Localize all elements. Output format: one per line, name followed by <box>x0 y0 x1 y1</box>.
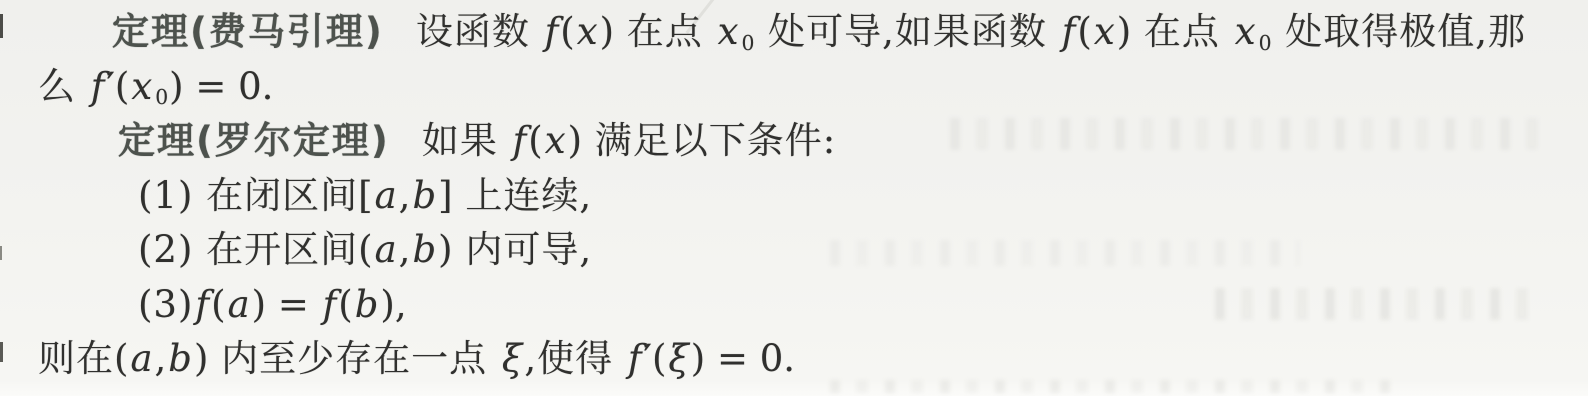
text-segment: ) <box>438 228 452 271</box>
text-segment: ) <box>380 283 394 326</box>
text-segment: b <box>410 228 438 271</box>
text-segment: , <box>395 283 408 326</box>
text-segment: (2) 在开区间 <box>138 228 358 271</box>
text-segment: , <box>155 337 167 380</box>
text-segment: b <box>410 174 438 217</box>
text-line-rolle-heading: 定理(罗尔定理)如果 f(x) 满足以下条件: <box>0 114 1588 169</box>
text-segment: x <box>129 65 154 108</box>
text-segment: ξ <box>666 337 690 380</box>
text-segment: 上连续, <box>453 174 593 217</box>
text-segment: ) = 0. <box>169 65 273 108</box>
text-segment: ) <box>194 337 208 380</box>
text-segment: ( <box>652 337 666 380</box>
text-segment: b <box>166 337 194 380</box>
text-segment: ( <box>211 283 225 326</box>
text-segment: 处可导,如果函数 <box>755 10 1059 53</box>
text-segment: a <box>373 174 399 217</box>
text-segment: 0 <box>741 31 754 55</box>
text-segment: ( <box>115 65 129 108</box>
text-segment: ) <box>600 10 614 53</box>
text-segment: ξ <box>500 337 524 380</box>
text-segment: 内可导, <box>453 228 593 271</box>
text-segment: 0 <box>155 85 168 109</box>
text-segment: a <box>226 283 252 326</box>
text-segment: ,使得 <box>524 337 626 380</box>
text-segment: ( <box>358 228 372 271</box>
text-segment: a <box>128 337 154 380</box>
text-segment: , <box>399 174 411 217</box>
text-segment: 在点 <box>1131 10 1233 53</box>
text-segment: 则在 <box>38 337 114 380</box>
scanned-page: 定理(费马引理)设函数 f(x) 在点 x0 处可导,如果函数 f(x) 在点 … <box>0 0 1588 396</box>
text-segment: ) = 0. <box>691 337 795 380</box>
text-segment: x <box>575 10 600 53</box>
text-segment: 定理(罗尔定理) <box>118 119 390 162</box>
text-segment: 满足以下条件: <box>582 119 836 162</box>
text-segment: ) <box>568 119 582 162</box>
text-segment: ′ <box>106 65 114 108</box>
text-line-fermat-2: 么 f′(x0) = 0. <box>0 60 1588 115</box>
text-segment: , <box>399 228 411 271</box>
text-segment: 设函数 <box>416 10 543 53</box>
text-segment: x <box>716 10 741 53</box>
text-segment: ( <box>338 283 352 326</box>
text-segment: 如果 <box>422 119 511 162</box>
text-line-condition-2: (2) 在开区间(a,b) 内可导, <box>0 223 1588 278</box>
scan-edge-mark <box>0 14 3 38</box>
text-segment: ( <box>528 119 542 162</box>
text-segment: 0 <box>1259 31 1272 55</box>
text-segment: 处取得极值,那 <box>1273 10 1527 53</box>
text-segment: f <box>511 119 529 162</box>
text-segment: 在点 <box>614 10 716 53</box>
text-segment: x <box>1233 10 1258 53</box>
text-segment: a <box>373 228 399 271</box>
text-segment: ( <box>114 337 128 380</box>
text-segment: [ <box>358 174 372 217</box>
text-segment: ] <box>438 174 452 217</box>
text-segment: 定理(费马引理) <box>112 10 384 53</box>
text-segment: f <box>193 283 211 326</box>
text-line-condition-3: (3)f(a) = f(b), <box>0 278 1588 333</box>
scan-edge-mark <box>0 246 2 260</box>
text-segment: ) <box>1117 10 1131 53</box>
text-segment: f <box>89 65 107 108</box>
text-segment: f <box>543 10 561 53</box>
text-segment: 内至少存在一点 <box>208 337 500 380</box>
document-text: 定理(费马引理)设函数 f(x) 在点 x0 处可导,如果函数 f(x) 在点 … <box>0 0 1588 387</box>
text-segment: f <box>1060 10 1078 53</box>
text-segment: ) = <box>252 283 321 326</box>
text-segment: ( <box>1077 10 1091 53</box>
text-segment: b <box>353 283 381 326</box>
text-segment: x <box>1092 10 1117 53</box>
text-segment: ( <box>560 10 574 53</box>
text-segment: f <box>626 337 644 380</box>
text-segment: 么 <box>38 65 89 108</box>
text-line-condition-1: (1) 在闭区间[a,b] 上连续, <box>0 169 1588 224</box>
text-segment: x <box>543 119 568 162</box>
text-segment: f <box>321 283 339 326</box>
text-segment: (3) <box>138 283 193 326</box>
text-segment: ′ <box>644 337 652 380</box>
text-line-conclusion: 则在(a,b) 内至少存在一点 ξ,使得 f′(ξ) = 0. <box>0 332 1588 387</box>
text-segment: (1) 在闭区间 <box>138 174 358 217</box>
text-line-fermat-1: 定理(费马引理)设函数 f(x) 在点 x0 处可导,如果函数 f(x) 在点 … <box>0 5 1588 60</box>
scan-edge-mark <box>0 342 3 362</box>
